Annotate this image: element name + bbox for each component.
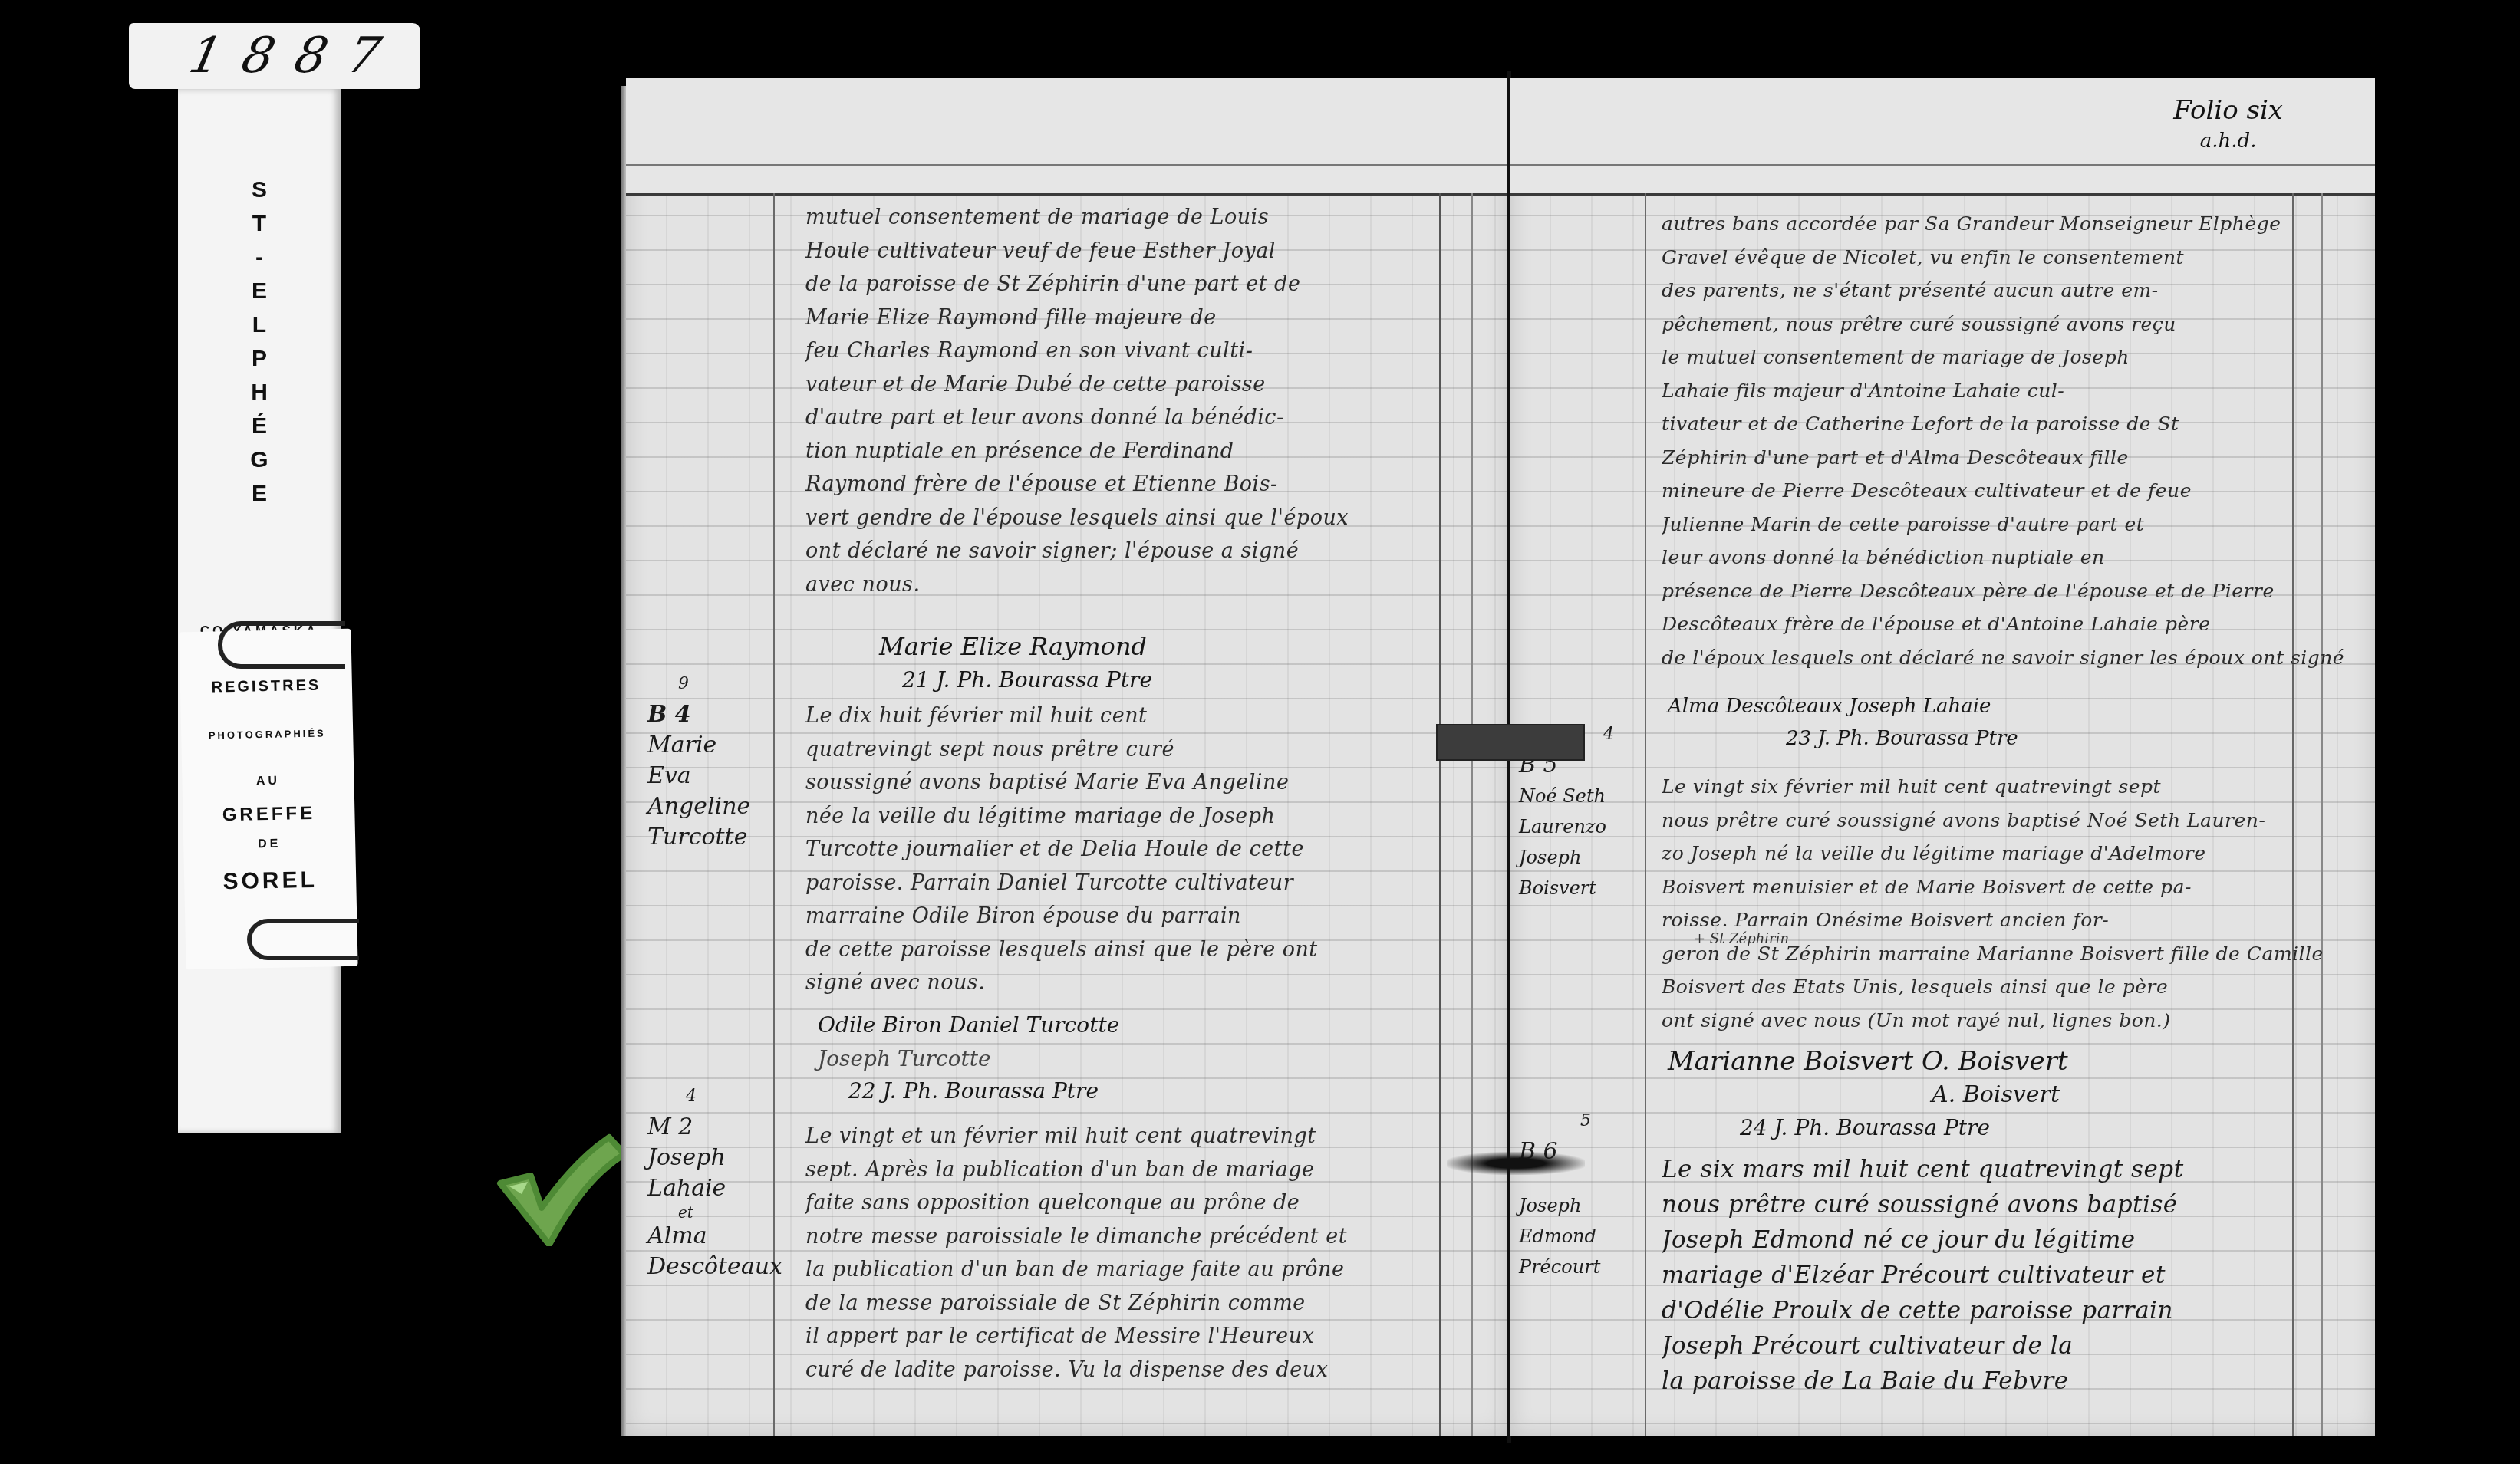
text-line: mineure de Pierre Descôteaux cultivateur… — [1662, 474, 2367, 508]
folio-ref: 4 — [686, 1081, 782, 1112]
text-line: née la veille du légitime mariage de Jos… — [805, 800, 1611, 834]
margin-name: Joseph — [647, 1143, 782, 1173]
signature: Alma Descôteaux Joseph Lahaie — [1668, 695, 1991, 718]
parish-letter: - — [178, 241, 341, 275]
parish-name: S T - E L P H É G E — [178, 173, 341, 511]
folio-number: Folio six a.h.d. — [2173, 95, 2283, 156]
text-line: Turcotte journalier et de Delia Houle de… — [805, 833, 1611, 867]
text-line: Lahaie fils majeur d'Antoine Lahaie cul- — [1662, 374, 2367, 408]
parish-letter: L — [178, 308, 341, 342]
margin-name: Joseph — [1519, 1190, 1600, 1221]
margin-name: Angeline — [647, 791, 750, 822]
text-line: Le six mars mil huit cent quatrevingt se… — [1662, 1152, 2367, 1187]
priest-signature: 24 J. Ph. Bourassa Ptre — [1740, 1115, 1990, 1140]
margin-entry: 9 B 4 Marie Eva Angeline Turcotte — [647, 669, 750, 853]
margin-name: et — [678, 1204, 782, 1221]
margin-name: Précourt — [1519, 1252, 1600, 1282]
text-line: zo Joseph né la veille du légitime maria… — [1662, 837, 2367, 870]
parish-letter: T — [178, 207, 341, 241]
text-line: la publication d'un ban de mariage faite… — [805, 1253, 1611, 1287]
margin-entry: 4 M 2 Joseph Lahaie et Alma Descôteaux — [647, 1081, 782, 1282]
text-line: des parents, ne s'étant présenté aucun a… — [1662, 274, 2367, 308]
text-line: avec nous. — [805, 568, 1611, 602]
folio-ref: 9 — [678, 669, 750, 699]
margin-name: Marie — [647, 730, 750, 761]
text-line: d'Odélie Proulx de cette paroisse parrai… — [1662, 1293, 2367, 1328]
ink-smudge — [1447, 1152, 1585, 1175]
entry-text: Le six mars mil huit cent quatrevingt se… — [1662, 1152, 2367, 1399]
margin-name: Boisvert — [1519, 873, 1614, 903]
registry-line: GREFFE — [183, 802, 355, 827]
margin-name: Edmond — [1519, 1221, 1600, 1252]
folio-line: Folio six — [2173, 95, 2283, 126]
margin-name: Joseph — [1519, 842, 1614, 873]
signature: Odile Biron Daniel Turcotte — [818, 1012, 1119, 1038]
priest-signature: 22 J. Ph. Bourassa Ptre — [848, 1078, 1099, 1104]
entry-text: autres bans accordée par Sa Grandeur Mon… — [1662, 207, 2367, 674]
text-line: ont signé avec nous (Un mot rayé nul, li… — [1662, 1004, 2367, 1038]
parish-label-strip: S T - E L P H É G E CO.YAMASKA P.Q. — [178, 89, 341, 1133]
text-line: vateur et de Marie Dubé de cette paroiss… — [805, 368, 1611, 402]
margin-name: Descôteaux — [647, 1252, 782, 1282]
entry-number: M 2 — [647, 1112, 782, 1143]
parish-letter: É — [178, 410, 341, 443]
margin-rule — [1645, 193, 1646, 1436]
priest-signature: 21 J. Ph. Bourassa Ptre — [902, 667, 1152, 693]
entry-number: B 4 — [647, 699, 750, 730]
text-line: Descôteaux frère de l'épouse et d'Antoin… — [1662, 607, 2367, 641]
text-line: Julienne Marin de cette paroisse d'autre… — [1662, 508, 2367, 541]
text-line: tivateur et de Catherine Lefort de la pa… — [1662, 407, 2367, 441]
text-line: présence de Pierre Descôteaux père de l'… — [1662, 574, 2367, 608]
text-line: de la paroisse de St Zéphirin d'une part… — [805, 268, 1611, 301]
text-line: vert gendre de l'épouse lesquels ainsi q… — [805, 502, 1611, 535]
parish-letter: P — [178, 342, 341, 376]
signature: Joseph Turcotte — [818, 1046, 991, 1071]
signature: A. Boisvert — [1932, 1081, 2060, 1108]
text-line: mutuel consentement de mariage de Louis — [805, 201, 1611, 235]
text-line: Gravel évêque de Nicolet, vu enfin le co… — [1662, 241, 2367, 275]
paper-clip-icon — [218, 621, 345, 669]
text-line: pêchement, nous prêtre curé soussigné av… — [1662, 308, 2367, 341]
text-line: soussigné avons baptisé Marie Eva Angeli… — [805, 766, 1611, 800]
text-line: leur avons donné la bénédiction nuptiale… — [1662, 541, 2367, 574]
parish-letter: S — [178, 173, 341, 207]
text-line: de l'époux lesquels ont déclaré ne savoi… — [1662, 641, 2367, 675]
text-line: nous prêtre curé soussigné avons baptisé… — [1662, 804, 2367, 837]
text-line: ont déclaré ne savoir signer; l'épouse a… — [805, 535, 1611, 568]
text-line: d'autre part et leur avons donné la béné… — [805, 401, 1611, 435]
page-header-band — [626, 78, 1508, 196]
folio-line: a.h.d. — [2173, 126, 2283, 156]
folio-ref: 5 — [1580, 1106, 1600, 1137]
margin-name: Noé Seth — [1519, 781, 1614, 811]
margin-entry: 5 B 6 Joseph Edmond Précourt — [1519, 1106, 1600, 1282]
margin-name: Alma — [647, 1221, 782, 1252]
text-line: Raymond frère de l'épouse et Etienne Boi… — [805, 468, 1611, 502]
margin-name: Lahaie — [647, 1173, 782, 1204]
text-line: il appert par le certificat de Messire l… — [805, 1320, 1611, 1354]
text-line: la paroisse de La Baie du Febvre — [1662, 1364, 2367, 1399]
left-page: 9 B 4 Marie Eva Angeline Turcotte 4 M 2 … — [626, 78, 1508, 1436]
priest-signature: 23 J. Ph. Bourassa Ptre — [1786, 727, 2018, 750]
text-line: Zéphirin d'une part et d'Alma Descôteaux… — [1662, 441, 2367, 475]
text-line: Joseph Edmond né ce jour du légitime — [1662, 1222, 2367, 1258]
margin-name: Eva — [647, 761, 750, 791]
page-tab-marker — [1436, 724, 1585, 761]
registry-line: AU — [182, 773, 354, 791]
year-label: 1887 — [184, 28, 407, 84]
text-line: autres bans accordée par Sa Grandeur Mon… — [1662, 207, 2367, 241]
register-book: 9 B 4 Marie Eva Angeline Turcotte 4 M 2 … — [626, 71, 2375, 1451]
text-line: tion nuptiale en présence de Ferdinand — [805, 435, 1611, 469]
year-tag: 1887 — [129, 23, 420, 89]
entry-text: mutuel consentement de mariage de Louis … — [805, 201, 1611, 601]
text-line: Le vingt et un février mil huit cent qua… — [805, 1120, 1611, 1153]
text-line: mariage d'Elzéar Précourt cultivateur et — [1662, 1258, 2367, 1293]
text-line: paroisse. Parrain Daniel Turcotte cultiv… — [805, 867, 1611, 900]
margin-name: Laurenzo — [1519, 811, 1614, 842]
text-line: notre messe paroissiale le dimanche préc… — [805, 1220, 1611, 1254]
text-line: de la messe paroissiale de St Zéphirin c… — [805, 1287, 1611, 1321]
interlinear-note: + St Zéphirin — [1694, 931, 1789, 947]
text-line: nous prêtre curé soussigné avons baptisé — [1662, 1187, 2367, 1222]
text-line: de cette paroisse lesquels ainsi que le … — [805, 933, 1611, 967]
text-line: feu Charles Raymond en son vivant culti- — [805, 334, 1611, 368]
parish-letter: H — [178, 376, 341, 410]
registry-line: SOREL — [184, 867, 357, 896]
signature: Marianne Boisvert O. Boisvert — [1668, 1046, 2068, 1077]
text-line: marraine Odile Biron épouse du parrain — [805, 900, 1611, 933]
parish-letter: E — [178, 275, 341, 308]
text-line: le mutuel consentement de mariage de Jos… — [1662, 341, 2367, 374]
margin-name: Turcotte — [647, 822, 750, 853]
registry-line: REGISTRES — [180, 676, 352, 698]
parish-letter: E — [178, 477, 341, 511]
text-line: Le vingt six février mil huit cent quatr… — [1662, 770, 2367, 804]
text-line: Boisvert des Etats Unis, lesquels ainsi … — [1662, 970, 2367, 1004]
text-line: Houle cultivateur veuf de feue Esther Jo… — [805, 235, 1611, 268]
registry-line: DE — [183, 836, 355, 854]
text-line: Marie Elize Raymond fille majeure de — [805, 301, 1611, 335]
folio-ref: 4 — [1603, 719, 1614, 750]
entry-text: Le vingt six février mil huit cent quatr… — [1662, 770, 2367, 1037]
checkmark-icon — [494, 1131, 624, 1246]
text-line: faite sans opposition quelconque au prôn… — [805, 1186, 1611, 1220]
paper-clip-icon — [247, 919, 359, 960]
registry-line: PHOTOGRAPHIÉS — [181, 727, 353, 742]
text-line: Boisvert menuisier et de Marie Boisvert … — [1662, 870, 2367, 904]
text-line: curé de ladite paroisse. Vu la dispense … — [805, 1354, 1611, 1387]
right-page: Folio six a.h.d. 4 B 5 Noé Seth Laurenzo… — [1510, 78, 2375, 1436]
text-line: Joseph Précourt cultivateur de la — [1662, 1328, 2367, 1364]
parish-letter: G — [178, 443, 341, 477]
signature: Marie Elize Raymond — [879, 632, 1147, 661]
text-line: signé avec nous. — [805, 966, 1611, 1000]
